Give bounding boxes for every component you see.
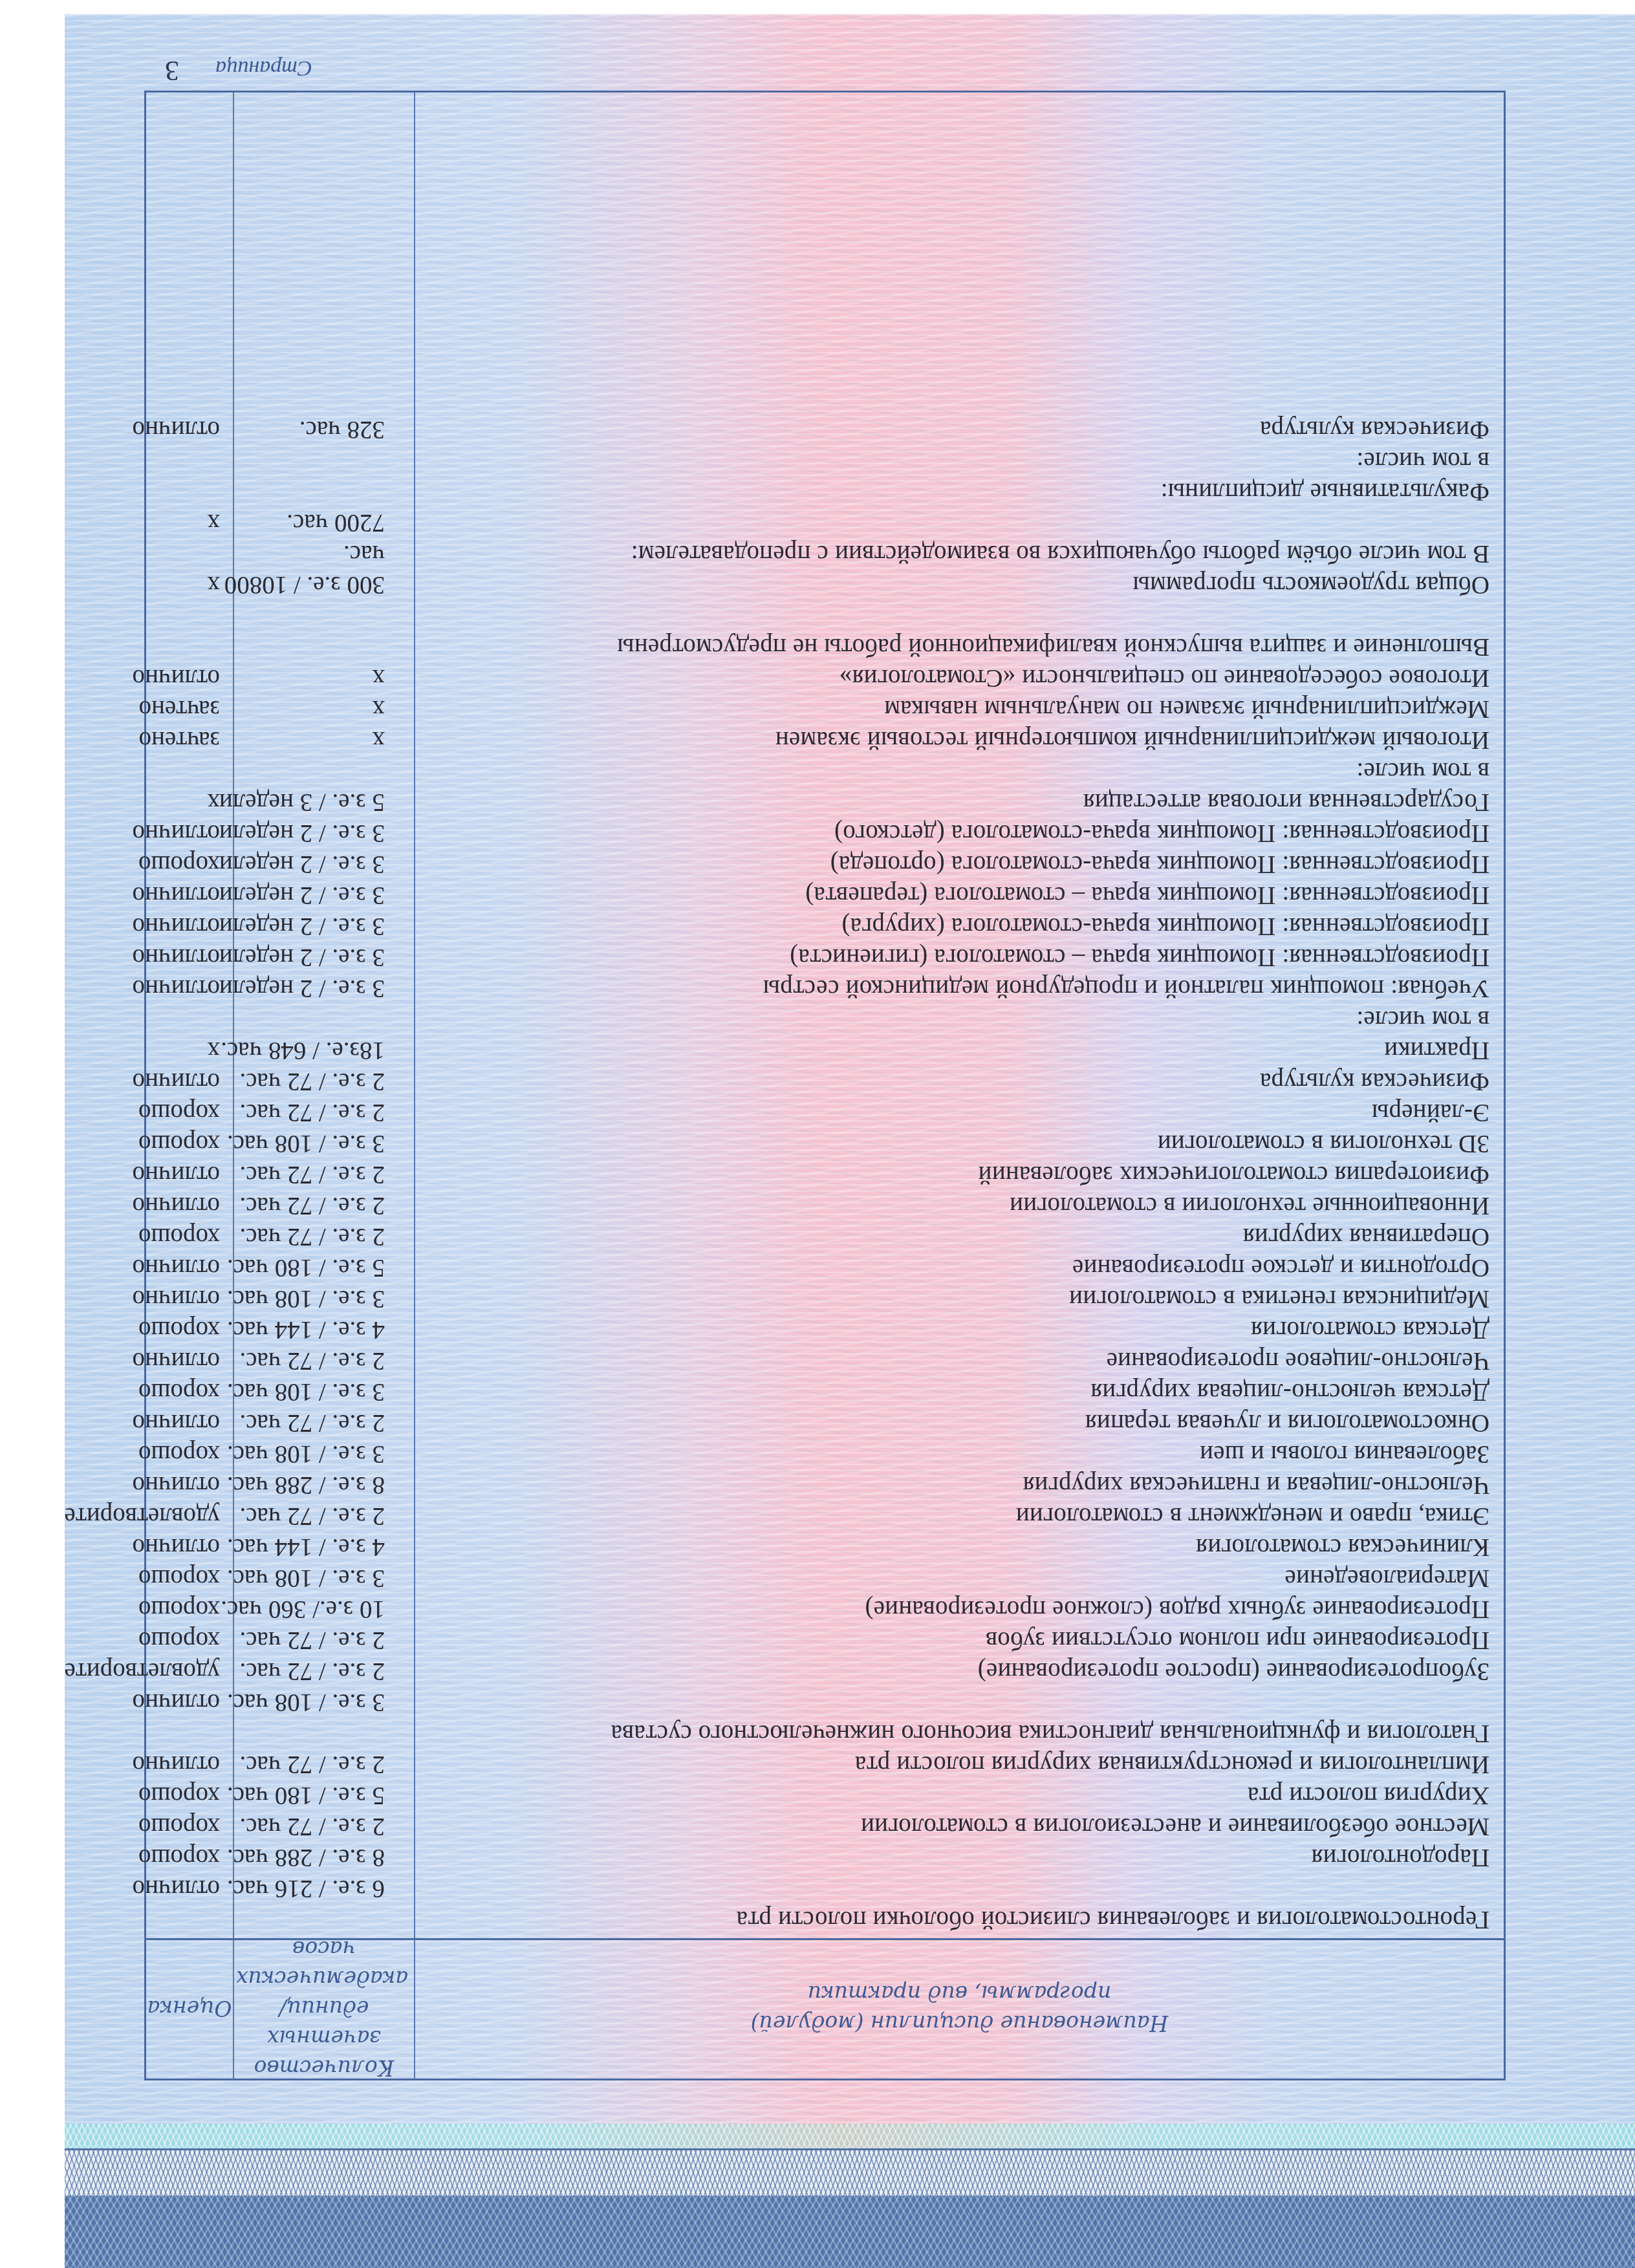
discipline-name: Геронтостоматология и заболевания слизис… (422, 1904, 1489, 1935)
credit-hours: 8 з.е. / 288 час. (191, 1469, 385, 1500)
credit-hours: 328 час. (191, 414, 385, 445)
header-grade-text: Оценка (147, 1994, 232, 2024)
credit-hours: 2 з.е. / 72 час. (191, 1190, 385, 1221)
discipline-name: Протезирование при полном отсутствии зуб… (422, 1625, 1489, 1656)
credit-hours: 10 з.е./ 360 час. (191, 1593, 385, 1625)
grade: хорошо (65, 1221, 220, 1252)
discipline-name: Зубопротезирование (простое протезирован… (422, 1656, 1489, 1687)
discipline-name: Факультативные дисциплины: (422, 476, 1489, 507)
discipline-name: Физиотерапия стоматологических заболеван… (422, 1159, 1489, 1190)
grade: х (65, 507, 220, 538)
credit-hours: 5 з.е. / 3 недели (191, 786, 385, 817)
grade: отлично (65, 1345, 220, 1376)
discipline-name: Заболевания головы и шеи (422, 1438, 1489, 1469)
discipline-name: Государственная итоговая аттестация (422, 786, 1489, 817)
credit-hours: 2 з.е. / 72 час. (191, 1066, 385, 1097)
credit-hours: 8 з.е. / 288 час. (191, 1842, 385, 1873)
discipline-name: Э-лайнеры (422, 1097, 1489, 1128)
credit-hours: 6 з.е. / 216 час. (191, 1873, 385, 1904)
grade: отлично (65, 414, 220, 445)
discipline-name: Производственная: Помощник врача-стомато… (422, 817, 1489, 848)
grade: отлично (65, 942, 220, 973)
discipline-name: Практики (422, 1035, 1489, 1066)
grade: отлично (65, 1066, 220, 1097)
discipline-name: Хирургия полости рта (422, 1780, 1489, 1811)
discipline-name: Итоговое собеседование по специальности … (422, 662, 1489, 693)
credit-hours: х (191, 724, 385, 755)
credit-hours: 2 з.е. / 72 час. (191, 1811, 385, 1842)
discipline-name: Этика, право и менеджмент в стоматологии (422, 1500, 1489, 1531)
credit-hours: 3 з.е. / 108 час. (191, 1376, 385, 1407)
credit-hours: х (191, 662, 385, 693)
grade: отлично (65, 1749, 220, 1780)
rotated-page: Наименование дисциплин (модулей) програм… (0, 0, 1635, 2268)
credit-hours: 300 з.е. / 10800 час. (191, 538, 385, 600)
header-hours-column: Количество зачетных единиц/академических… (234, 1938, 414, 2079)
discipline-name: Физическая культура (422, 414, 1489, 445)
grade: отлично (65, 1469, 220, 1500)
grade: отлично (65, 1283, 220, 1314)
credit-hours: 2 з.е. / 72 час. (191, 1656, 385, 1687)
discipline-name: Физическая культура (422, 1066, 1489, 1097)
grade: хорошо (65, 1625, 220, 1656)
credit-hours: 4 з.е. / 144 час. (191, 1531, 385, 1562)
discipline-name: Оперативная хирургия (422, 1221, 1489, 1252)
grade: отлично (65, 1252, 220, 1283)
discipline-name: в том числе: (422, 445, 1489, 476)
discipline-name: в том числе: (422, 755, 1489, 786)
credit-hours: 2 з.е. / 72 час. (191, 1407, 385, 1438)
credit-hours: х (191, 693, 385, 724)
credit-hours: 2 з.е. / 72 час. (191, 1159, 385, 1190)
grade: хорошо (65, 1562, 220, 1593)
credit-hours: 3 з.е. / 108 час. (191, 1562, 385, 1593)
discipline-name: В том числе объём работы обучающихся во … (422, 538, 1489, 569)
discipline-name: Итоговый междисциплинарный компьютерный … (422, 724, 1489, 755)
credit-hours: 3 з.е. / 108 час. (191, 1438, 385, 1469)
grade: удовлетворительно (65, 1656, 220, 1687)
discipline-name: Имплантология и реконструктивная хирурги… (422, 1749, 1489, 1780)
discipline-name: Учебная: помощник палатной и процедурной… (422, 973, 1489, 1004)
grade: хорошо (65, 1780, 220, 1811)
credit-hours: 3 з.е. / 2 недели (191, 942, 385, 973)
grade: хорошо (65, 1438, 220, 1469)
discipline-name: Общая трудоемкость программы (422, 569, 1489, 600)
column-divider (414, 92, 415, 2079)
discipline-name: Клиническая стоматология (422, 1531, 1489, 1562)
credit-hours: 2 з.е. / 72 час. (191, 1221, 385, 1252)
credit-hours: 3 з.е. / 2 недели (191, 848, 385, 880)
page-footer: Страница3 (165, 54, 312, 87)
discipline-name: Производственная: Помощник врача – стома… (422, 880, 1489, 911)
grade: отлично (65, 1873, 220, 1904)
header-name-text: Наименование дисциплин (модулей) програм… (695, 1979, 1225, 2038)
credit-hours: 3 з.е. / 2 недели (191, 880, 385, 911)
discipline-name: Гнатология и функциональная диагностика … (422, 1718, 1489, 1749)
grade: х (65, 786, 220, 817)
grade: хорошо (65, 1314, 220, 1345)
grade: отлично (65, 1687, 220, 1718)
credit-hours: 5 з.е. / 180 час. (191, 1252, 385, 1283)
grade: зачтено (65, 693, 220, 724)
grade: удовлетворительно (65, 1500, 220, 1531)
page-label: Страница (215, 56, 312, 80)
credit-hours: 3 з.е. / 2 недели (191, 911, 385, 942)
discipline-name: Челюстно-лицевая и гнатическая хирургия (422, 1469, 1489, 1500)
credit-hours: 3 з.е. / 2 недели (191, 973, 385, 1004)
discipline-name: Пародонтология (422, 1842, 1489, 1873)
credit-hours: 3 з.е. / 108 час. (191, 1283, 385, 1314)
grade: хорошо (65, 1842, 220, 1873)
diploma-supplement-page: Наименование дисциплин (модулей) програм… (65, 14, 1635, 2268)
discipline-name: Онкостоматология и лучевая терапия (422, 1407, 1489, 1438)
grade: отлично (65, 973, 220, 1004)
grade: хорошо (65, 1097, 220, 1128)
credit-hours: 4 з.е. / 144 час. (191, 1314, 385, 1345)
security-pattern-band-dark (65, 2194, 1635, 2268)
grades-table: Наименование дисциплин (модулей) програм… (144, 91, 1506, 2080)
grade: отлично (65, 1531, 220, 1562)
page-number: 3 (165, 55, 179, 87)
security-pattern-band-light (65, 2124, 1635, 2148)
grade: хорошо (65, 1128, 220, 1159)
grade: х (65, 1035, 220, 1066)
discipline-name: Материаловедение (422, 1562, 1489, 1593)
header-grade-column: Оценка (146, 1938, 233, 2079)
credit-hours: 7200 час. (191, 507, 385, 538)
credit-hours: 2 з.е. / 72 час. (191, 1097, 385, 1128)
discipline-name: Инновационные технологии в стоматологии (422, 1190, 1489, 1221)
grade: хорошо (65, 848, 220, 880)
grade: отлично (65, 880, 220, 911)
grade: отлично (65, 1159, 220, 1190)
credit-hours: 3 з.е. / 2 недели (191, 817, 385, 848)
grade: отлично (65, 817, 220, 848)
discipline-name: Производственная: Помощник врача-стомато… (422, 848, 1489, 880)
credit-hours: 2 з.е. / 72 час. (191, 1749, 385, 1780)
grade: хорошо (65, 1376, 220, 1407)
grade: хорошо (65, 1811, 220, 1842)
credit-hours: 5 з.е. / 180 час. (191, 1780, 385, 1811)
discipline-name: Челюстно-лицевое протезирование (422, 1345, 1489, 1376)
grade: отлично (65, 911, 220, 942)
discipline-name: Детская челюстно-лицевая хирургия (422, 1376, 1489, 1407)
discipline-name: Производственная: Помощник врача – стома… (422, 942, 1489, 973)
grade: х (65, 569, 220, 600)
discipline-name: Междисциплинарный экзамен по мануальным … (422, 693, 1489, 724)
discipline-name: 3D технология в стоматологии (422, 1128, 1489, 1159)
discipline-name: Местное обезболивание и анестезиология в… (422, 1811, 1489, 1842)
grade: отлично (65, 662, 220, 693)
discipline-name: Производственная: Помощник врача-стомато… (422, 911, 1489, 942)
discipline-name: Медицинская генетика в стоматологии (422, 1283, 1489, 1314)
credit-hours: 3 з.е. / 108 час. (191, 1128, 385, 1159)
discipline-name: Ортодонтия и детское протезирование (422, 1252, 1489, 1283)
discipline-name: в том числе: (422, 1004, 1489, 1035)
discipline-name: Протезирование зубных рядов (сложное про… (422, 1593, 1489, 1625)
header-name-column: Наименование дисциплин (модулей) програм… (415, 1938, 1504, 2079)
credit-hours: 18з.е. / 648 час. (191, 1035, 385, 1066)
grade: отлично (65, 1190, 220, 1221)
discipline-name: Детская стоматология (422, 1314, 1489, 1345)
credit-hours: 2 з.е. / 72 час. (191, 1345, 385, 1376)
credit-hours: 2 з.е. / 72 час. (191, 1500, 385, 1531)
credit-hours: 3 з.е. / 108 час. (191, 1687, 385, 1718)
discipline-name: Выполнение и защита выпускной квалификац… (422, 631, 1489, 662)
header-hours-text: Количество зачетных единиц/академических… (240, 1934, 408, 2083)
credit-hours: 2 з.е. / 72 час. (191, 1625, 385, 1656)
grade: хорошо (65, 1593, 220, 1625)
grade: зачтено (65, 724, 220, 755)
security-pattern-band-mid (65, 2148, 1635, 2196)
grade: отлично (65, 1407, 220, 1438)
